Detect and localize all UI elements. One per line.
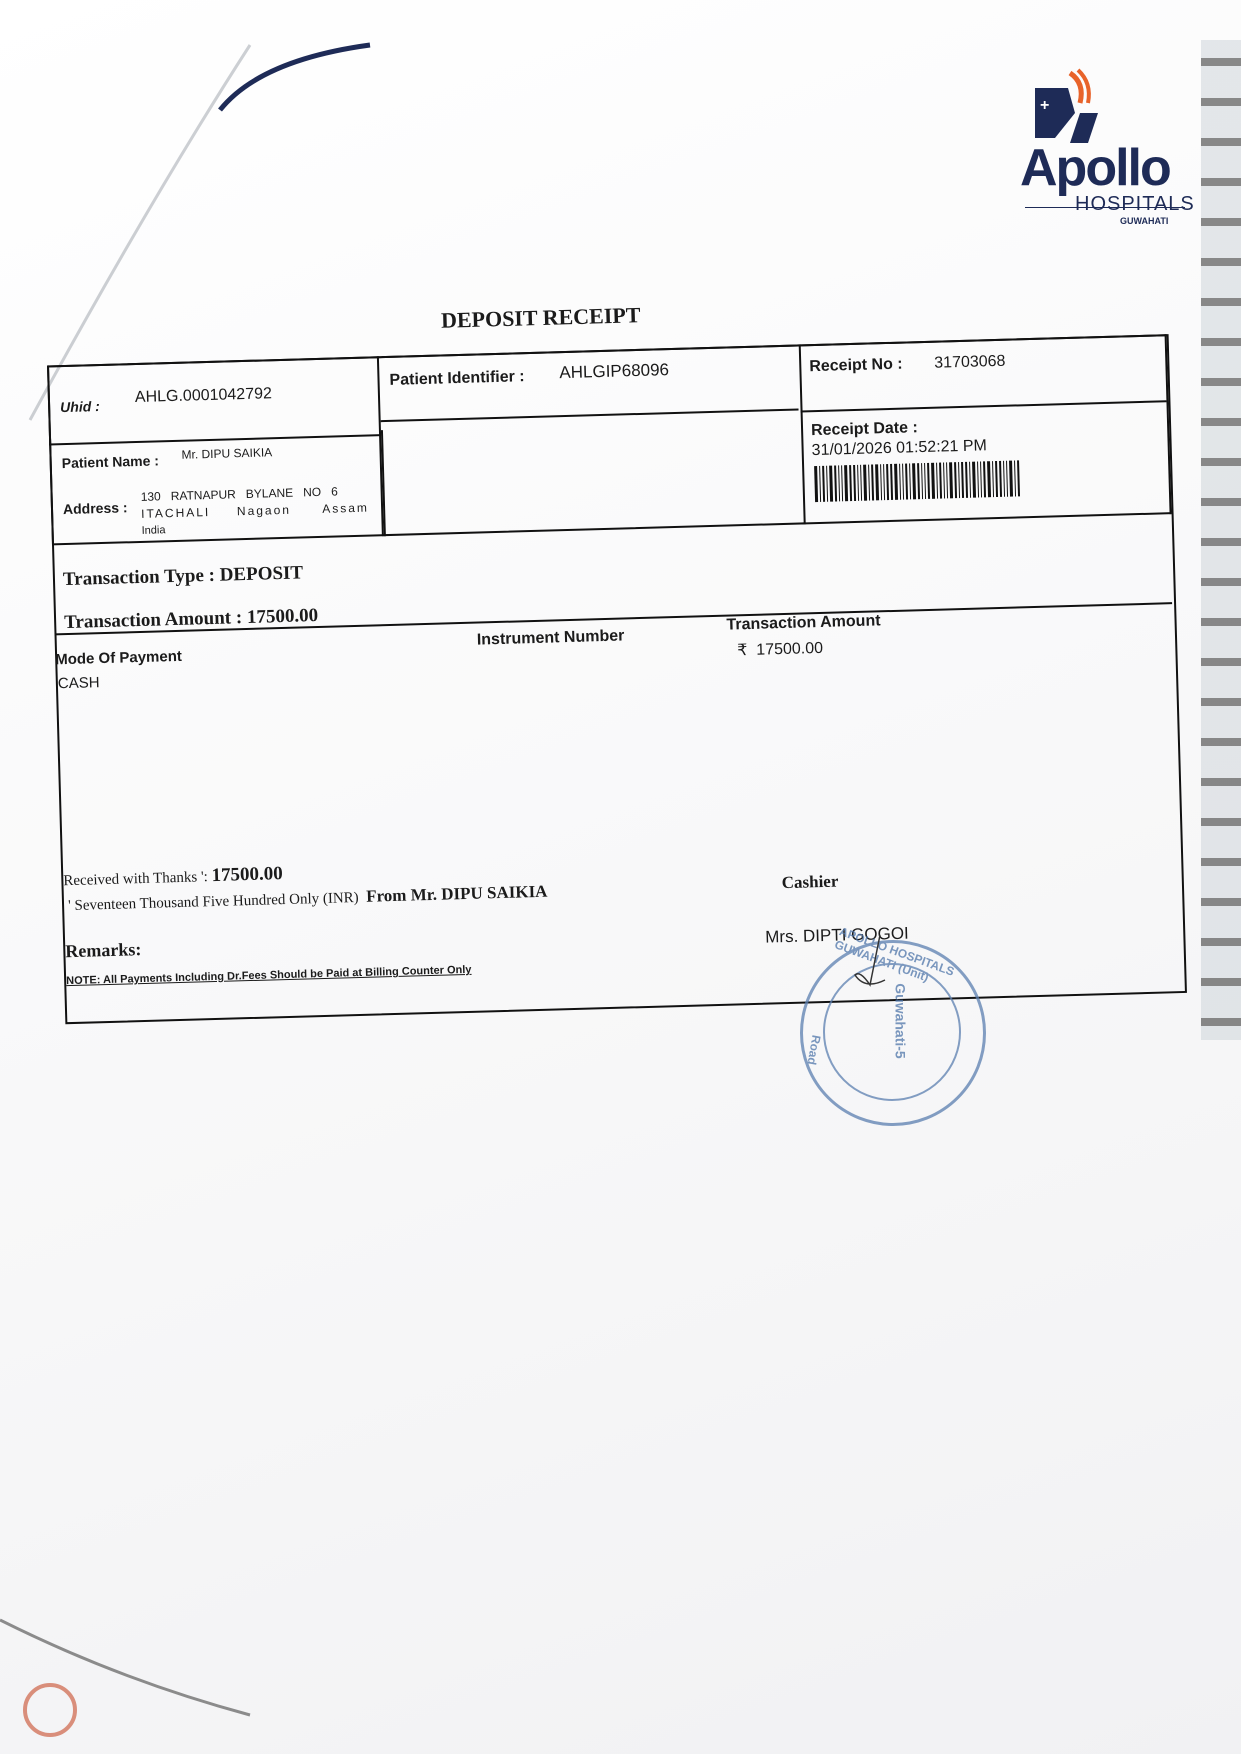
received-amount: 17500.00 xyxy=(211,863,283,886)
signature-icon xyxy=(840,930,900,1010)
background-edge xyxy=(1201,40,1241,1040)
logo-brand: Apollo xyxy=(1020,138,1170,198)
row-mode: CASH xyxy=(58,674,100,692)
col-mode-of-payment: Mode Of Payment xyxy=(55,648,182,669)
apollo-emblem-icon: + xyxy=(1030,68,1120,148)
receipt-no-label: Receipt No : xyxy=(809,356,903,377)
receipt-no-value: 31703068 xyxy=(934,353,1006,373)
received-from: From Mr. DIPU SAIKIA xyxy=(366,882,548,906)
transaction-amount-value: 17500.00 xyxy=(247,605,319,628)
transaction-type-value: DEPOSIT xyxy=(219,562,303,585)
transaction-amount-label: Transaction Amount : xyxy=(64,607,247,633)
transaction-type-label: Transaction Type : xyxy=(63,565,220,590)
svg-text:+: + xyxy=(1040,97,1049,114)
received-label: Received with Thanks ': xyxy=(63,869,212,889)
receipt-form: Uhid : AHLG.0001042792 Patient Identifie… xyxy=(28,298,1188,1060)
logo-subtitle: HOSPITALS xyxy=(1075,193,1195,216)
logo-city: GUWAHATI xyxy=(1120,216,1168,226)
receipt-date-label: Receipt Date : xyxy=(811,419,918,440)
row-amount: ₹ 17500.00 xyxy=(737,638,823,660)
address-line-3: India xyxy=(141,524,165,537)
remarks-label: Remarks: xyxy=(65,939,142,962)
uhid-label: Uhid : xyxy=(60,398,100,415)
patient-name-value: Mr. DIPU SAIKIA xyxy=(181,445,272,462)
patient-identifier-label: Patient Identifier : xyxy=(389,368,525,390)
stamp-side-text: Road xyxy=(805,1034,824,1066)
cashier-label: Cashier xyxy=(781,872,838,894)
uhid-value: AHLG.0001042792 xyxy=(135,385,272,407)
patient-identifier-value: AHLGIP68096 xyxy=(559,360,669,383)
patient-name-label: Patient Name : xyxy=(62,452,160,471)
address-label: Address : xyxy=(63,499,128,517)
apollo-logo: + Apollo HOSPITALS GUWAHATI xyxy=(1020,68,1200,218)
barcode-icon xyxy=(814,460,1020,502)
